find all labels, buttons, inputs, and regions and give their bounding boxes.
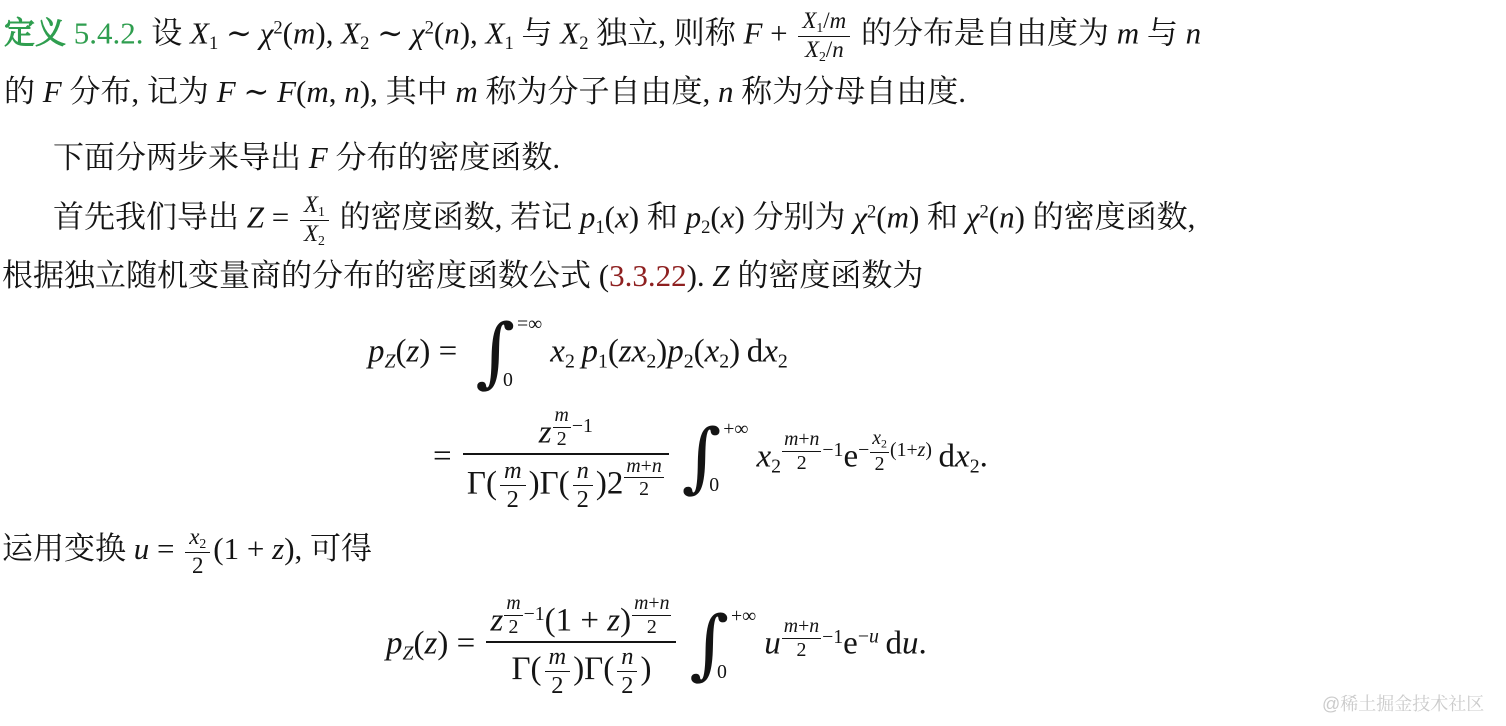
paragraph-derivation-1: 首先我们导出 Z = X1X2 的密度函数, 若记 p1(x) 和 p2(x) … bbox=[53, 192, 1195, 249]
paragraph-derivation-2: 根据独立随机变量商的分布的密度函数公式 (3.3.22). Z 的密度函数为 bbox=[2, 256, 923, 296]
integral-sign: ∫+∞0 bbox=[689, 608, 756, 684]
paragraph-step-intro: 下面分两步来导出 F 分布的密度函数. bbox=[53, 138, 560, 178]
integral-sign: ∫=∞0 bbox=[475, 316, 542, 392]
document-page: 定义 5.4.2. 设 X1 ∼ χ2(m), X2 ∼ χ2(n), X1 与… bbox=[0, 0, 1506, 726]
display-equation-3: pZ(z) = zm2−1(1 + z)m+n2Γ(m2)Γ(n2)∫+∞0um… bbox=[386, 592, 927, 700]
substitution-line: 运用变换 u = x22(1 + z), 可得 bbox=[2, 524, 372, 579]
definition-line-1: 定义 5.4.2. 设 X1 ∼ χ2(m), X2 ∼ χ2(n), X1 与… bbox=[4, 8, 1201, 65]
watermark: @稀土掘金技术社区 bbox=[1322, 690, 1484, 716]
integral-sign: ∫+∞0 bbox=[682, 421, 749, 497]
display-equation-2: = zm2−1Γ(m2)Γ(n2)2m+n2∫+∞0x2m+n2−1e−x22(… bbox=[433, 404, 988, 514]
definition-line-2: 的 F 分布, 记为 F ∼ F(m, n), 其中 m 称为分子自由度, n … bbox=[4, 72, 966, 112]
display-equation-1: pZ(z) = ∫=∞0x2 p1(zx2)p2(x2) dx2 bbox=[368, 316, 788, 392]
